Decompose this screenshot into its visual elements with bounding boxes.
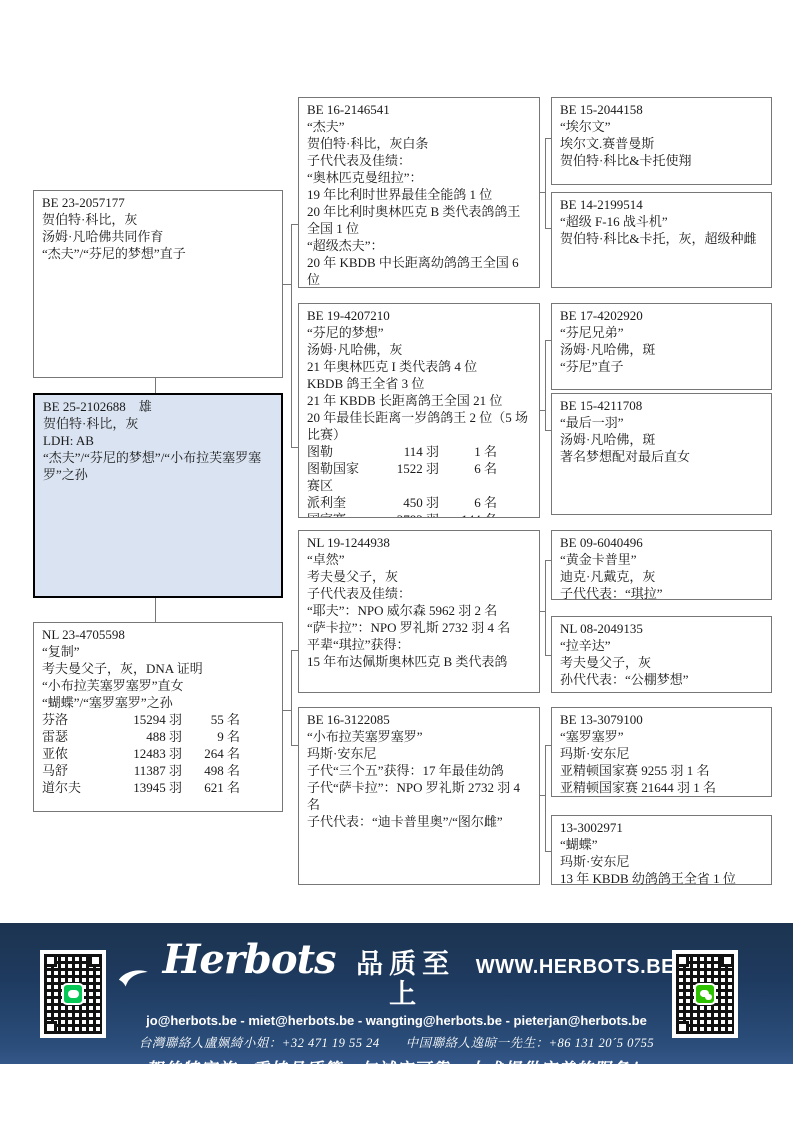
box-line: “蝴蝶”: [560, 836, 763, 853]
box-line: 子代“萨卡拉”：NPO 罗礼斯 2732 羽 4 名: [307, 779, 531, 813]
result-cell: 55 名: [182, 711, 240, 728]
result-cell: 488 羽: [110, 728, 182, 745]
result-row: 道尔夫13945 羽621 名: [42, 779, 274, 796]
box-line: 20 年比利时奥林匹克 B 类代表鸽鸽王全国 1 位: [307, 203, 531, 237]
box-line: BE 15-2044158: [560, 101, 763, 118]
box-line: 著名梦想配对最后直女: [560, 448, 763, 465]
connector-line: [545, 340, 546, 431]
box-line: 考夫曼父子，灰: [560, 654, 763, 671]
box-line: “杰夫”/“芬尼的梦想”/“小布拉芙塞罗塞罗”之孙: [43, 449, 273, 483]
brand-logo: Herbots: [163, 940, 336, 980]
pedigree-box-gg1: BE 15-2044158“埃尔文”埃尔文.赛普曼斯贺伯特·科比&卡托使翔: [551, 97, 772, 185]
footer-banner: Herbots 品质至上 WWW.HERBOTS.BE jo@herbots.b…: [0, 923, 793, 1064]
wechat-qr-code: [672, 950, 738, 1038]
box-line: 20 年 KBDB 中长距离幼鸽鸽王全国 6 位: [307, 254, 531, 288]
result-row: 图勒国家赛区1522 羽6 名: [307, 460, 531, 494]
result-cell: 621 名: [182, 779, 240, 796]
result-cell: 雷瑟: [42, 728, 110, 745]
qr-eye: [676, 954, 689, 967]
box-line: 汤姆·凡哈佛，斑: [560, 431, 763, 448]
box-line: “蝴蝶”/“塞罗塞罗”之孙: [42, 694, 274, 711]
website-url: WWW.HERBOTS.BE: [476, 956, 675, 979]
result-cell: 芬洛: [42, 711, 110, 728]
box-line: “芬尼”直子: [560, 358, 763, 375]
pedigree-box-gg6: NL 08-2049135“拉辛达”考夫曼父子，灰孙代代表：“公棚梦想”: [551, 616, 772, 693]
connector-line: [545, 340, 551, 341]
box-line: “塞罗塞罗”: [560, 728, 763, 745]
result-cell: 图勒: [307, 443, 367, 460]
result-cell: 1 名: [439, 443, 497, 460]
pedigree-box-subject: BE 25-2102688 雄贺伯特·科比，灰LDH: AB“杰夫”/“芬尼的梦…: [33, 393, 283, 598]
result-cell: 13945 羽: [110, 779, 182, 796]
box-line: BE 14-2199514: [560, 196, 763, 213]
box-line: “芬尼兄弟”: [560, 324, 763, 341]
connector-line: [291, 447, 298, 448]
qr-eye: [676, 1021, 689, 1034]
connector-line: [545, 560, 546, 656]
connector-line: [545, 745, 546, 852]
qr-eye: [89, 954, 102, 967]
pedigree-box-gg5: BE 09-6040496“黄金卡普里”迪克·凡戴克，灰子代代表：“琪拉”: [551, 530, 772, 600]
connector-line: [545, 560, 551, 561]
box-line: “复制”: [42, 643, 274, 660]
result-cell: 国家赛: [307, 511, 367, 518]
result-cell: 图勒国家赛区: [307, 460, 367, 494]
box-line: 贺伯特·科比，灰白条: [307, 135, 531, 152]
box-line: 汤姆·凡哈佛共同作育: [42, 228, 274, 245]
box-line: 埃尔文.赛普曼斯: [560, 135, 763, 152]
pedigree-box-dam-dam: BE 16-3122085“小布拉芙塞罗塞罗”玛斯·安东尼子代“三个五”获得：1…: [298, 707, 540, 885]
box-line: 13-3002971: [560, 819, 763, 836]
wechat-icon: [694, 983, 716, 1005]
connector-line: [291, 745, 298, 746]
line-icon: [62, 983, 84, 1005]
box-line: 贺伯特·科比&卡托使翔: [560, 152, 763, 169]
result-cell: 450 羽: [367, 494, 439, 511]
connector-line: [545, 228, 551, 229]
box-line: 贺伯特·科比，灰: [42, 211, 274, 228]
box-line: 汤姆·凡哈佛，斑: [560, 341, 763, 358]
wing-icon: [118, 967, 149, 989]
pedigree-box-gg4: BE 15-4211708“最后一羽”汤姆·凡哈佛，斑著名梦想配对最后直女: [551, 393, 772, 515]
qr-eye: [44, 1021, 57, 1034]
box-line: 考夫曼父子，灰: [307, 568, 531, 585]
connector-line: [155, 378, 156, 393]
footer-content: Herbots 品质至上 WWW.HERBOTS.BE jo@herbots.b…: [118, 940, 675, 1080]
result-row: 派利奎450 羽6 名: [307, 494, 531, 511]
pedigree-box-sire-sire: BE 16-2146541“杰夫”贺伯特·科比，灰白条子代代表及佳绩：“奥林匹克…: [298, 97, 540, 288]
box-line: BE 16-2146541: [307, 101, 531, 118]
box-line: “拉辛达”: [560, 637, 763, 654]
connector-line: [291, 224, 292, 448]
result-cell: 9 名: [182, 728, 240, 745]
box-line: 亚精顿国家赛 21644 羽 1 名: [560, 779, 763, 796]
connector-line: [545, 430, 551, 431]
pedigree-box-gg3: BE 17-4202920“芬尼兄弟”汤姆·凡哈佛，斑“芬尼”直子: [551, 303, 772, 390]
connector-line: [155, 598, 156, 622]
result-cell: 道尔夫: [42, 779, 110, 796]
pedigree-box-gg2: BE 14-2199514“超级 F-16 战斗机”贺伯特·科比&卡托，灰，超级…: [551, 192, 772, 288]
connector-line: [291, 224, 298, 225]
result-cell: 144 名: [439, 511, 497, 518]
box-line: LDH: AB: [43, 432, 273, 449]
result-cell: 264 名: [182, 745, 240, 762]
result-row: 马舒11387 羽498 名: [42, 762, 274, 779]
box-line: 子代代表及佳绩：: [307, 152, 531, 169]
qr-pattern: [44, 954, 102, 1034]
box-line: 子代“三个五”获得：17 年最佳幼鸽: [307, 762, 531, 779]
pedigree-box-sire-dam: BE 19-4207210“芬尼的梦想”汤姆·凡哈佛，灰21 年奥林匹克 I 类…: [298, 303, 540, 518]
box-line: NL 08-2049135: [560, 620, 763, 637]
qr-pattern: [676, 954, 734, 1034]
box-line: 贺伯特·科比&卡托，灰，超级种雌: [560, 230, 763, 247]
box-line: NL 23-4705598: [42, 626, 274, 643]
result-row: 雷瑟488 羽9 名: [42, 728, 274, 745]
box-line: “萨卡拉”：NPO 罗礼斯 2732 羽 4 名: [307, 619, 531, 636]
qr-eye: [721, 954, 734, 967]
box-line: “杰夫”/“芬尼的梦想”直子: [42, 245, 274, 262]
pedigree-box-sire: BE 23-2057177贺伯特·科比，灰汤姆·凡哈佛共同作育“杰夫”/“芬尼的…: [33, 190, 283, 378]
connector-line: [291, 650, 292, 746]
result-row: 亚侬12483 羽264 名: [42, 745, 274, 762]
box-line: “黄金卡普里”: [560, 551, 763, 568]
box-line: BE 19-4207210: [307, 307, 531, 324]
box-line: BE 16-3122085: [307, 711, 531, 728]
email-list: jo@herbots.be - miet@herbots.be - wangti…: [118, 1013, 675, 1028]
box-line: 子代代表：“迪卡普里奥”/“图尔雌”: [307, 813, 531, 830]
box-line: 考夫曼父子，灰，DNA 证明: [42, 660, 274, 677]
box-line: 迪克·凡戴克，灰: [560, 568, 763, 585]
result-row: 图勒114 羽1 名: [307, 443, 531, 460]
box-line: “小布拉芙塞罗塞罗”: [307, 728, 531, 745]
pedigree-box-dam-sire: NL 19-1244938“卓然”考夫曼父子，灰子代代表及佳绩：“耶夫”：NPO…: [298, 530, 540, 693]
result-cell: 1522 羽: [367, 460, 439, 494]
connector-line: [283, 284, 291, 285]
connector-line: [545, 655, 551, 656]
result-cell: 派利奎: [307, 494, 367, 511]
line-qr-code: [40, 950, 106, 1038]
result-cell: 498 名: [182, 762, 240, 779]
box-line: 亚精顿国家赛 9255 羽 1 名: [560, 762, 763, 779]
box-line: BE 23-2057177: [42, 194, 274, 211]
box-line: 玛斯·安东尼: [560, 853, 763, 870]
box-line: BE 09-6040496: [560, 534, 763, 551]
result-cell: 12483 羽: [110, 745, 182, 762]
box-line: 21 年 KBDB 长距离鸽王全国 21 位: [307, 392, 531, 409]
box-line: BE 17-4202920: [560, 307, 763, 324]
result-row: 芬洛15294 羽55 名: [42, 711, 274, 728]
pedigree-box-dam: NL 23-4705598“复制”考夫曼父子，灰，DNA 证明“小布拉芙塞罗塞罗…: [33, 622, 283, 812]
box-line: “埃尔文”: [560, 118, 763, 135]
box-line: “奥林匹克曼纽拉”：: [307, 169, 531, 186]
box-line: “卓然”: [307, 551, 531, 568]
box-line: 贺伯特·科比，灰: [43, 415, 273, 432]
result-row: 国家赛3783 羽144 名: [307, 511, 531, 518]
pedigree-box-gg7: BE 13-3079100“塞罗塞罗”玛斯·安东尼亚精顿国家赛 9255 羽 1…: [551, 707, 772, 797]
box-line: “杰夫”: [307, 118, 531, 135]
box-line: 20 年最佳长距离一岁鸽鸽王 2 位（5 场比赛）: [307, 409, 531, 443]
connector-line: [545, 138, 546, 229]
box-line: “最后一羽”: [560, 414, 763, 431]
box-line: 21 年奥林匹克 I 类代表鸽 4 位: [307, 358, 531, 375]
connector-line: [545, 745, 551, 746]
qr-eye: [44, 954, 57, 967]
box-line: “芬尼的梦想”: [307, 324, 531, 341]
connector-line: [545, 138, 551, 139]
box-line: 孙代代表：“公棚梦想”: [560, 671, 763, 688]
result-cell: 15294 羽: [110, 711, 182, 728]
box-line: BE 25-2102688 雄: [43, 398, 273, 415]
box-line: “小布拉芙塞罗塞罗”直女: [42, 677, 274, 694]
connector-line: [545, 851, 551, 852]
slogan-text: 品质至上: [350, 949, 462, 1009]
result-cell: 6 名: [439, 494, 497, 511]
box-line: 子代代表：“琪拉”: [560, 585, 763, 600]
box-line: “耶夫”：NPO 威尔森 5962 羽 2 名: [307, 602, 531, 619]
logo-row: Herbots 品质至上 WWW.HERBOTS.BE: [118, 940, 675, 1009]
result-cell: 马舒: [42, 762, 110, 779]
box-line: 玛斯·安东尼: [307, 745, 531, 762]
box-line: 子代代表及佳绩：: [307, 585, 531, 602]
result-cell: 3783 羽: [367, 511, 439, 518]
result-cell: 114 羽: [367, 443, 439, 460]
box-line: BE 15-4211708: [560, 397, 763, 414]
box-line: 平辈“琪拉”获得：: [307, 636, 531, 653]
box-line: “超级杰夫”：: [307, 237, 531, 254]
tagline-text: 贺伯特家族...秉持品质第一与诚实可靠，力求提供完美的服务！: [118, 1055, 675, 1080]
box-line: “超级 F-16 战斗机”: [560, 213, 763, 230]
box-line: KBDB 鸽王全省 3 位: [307, 375, 531, 392]
connector-line: [291, 650, 298, 651]
box-line: 汤姆·凡哈佛，灰: [307, 341, 531, 358]
contact-line: 台灣聯絡人盧姵綺小姐：+32 471 19 55 24 中国聯絡人逸晾一先生：+…: [118, 1033, 675, 1051]
connector-line: [283, 710, 291, 711]
result-cell: 11387 羽: [110, 762, 182, 779]
box-line: NL 19-1244938: [307, 534, 531, 551]
box-line: 19 年比利时世界最佳全能鸽 1 位: [307, 186, 531, 203]
box-line: 13 年 KBDB 幼鸽鸽王全省 1 位: [560, 870, 763, 885]
box-line: 15 年布达佩斯奥林匹克 B 类代表鸽: [307, 653, 531, 670]
pedigree-page: BE 23-2057177贺伯特·科比，灰汤姆·凡哈佛共同作育“杰夫”/“芬尼的…: [0, 0, 793, 1122]
box-line: 玛斯·安东尼: [560, 745, 763, 762]
result-cell: 6 名: [439, 460, 497, 494]
result-cell: 亚侬: [42, 745, 110, 762]
pedigree-box-gg8: 13-3002971“蝴蝶”玛斯·安东尼13 年 KBDB 幼鸽鸽王全省 1 位: [551, 815, 772, 885]
box-line: BE 13-3079100: [560, 711, 763, 728]
